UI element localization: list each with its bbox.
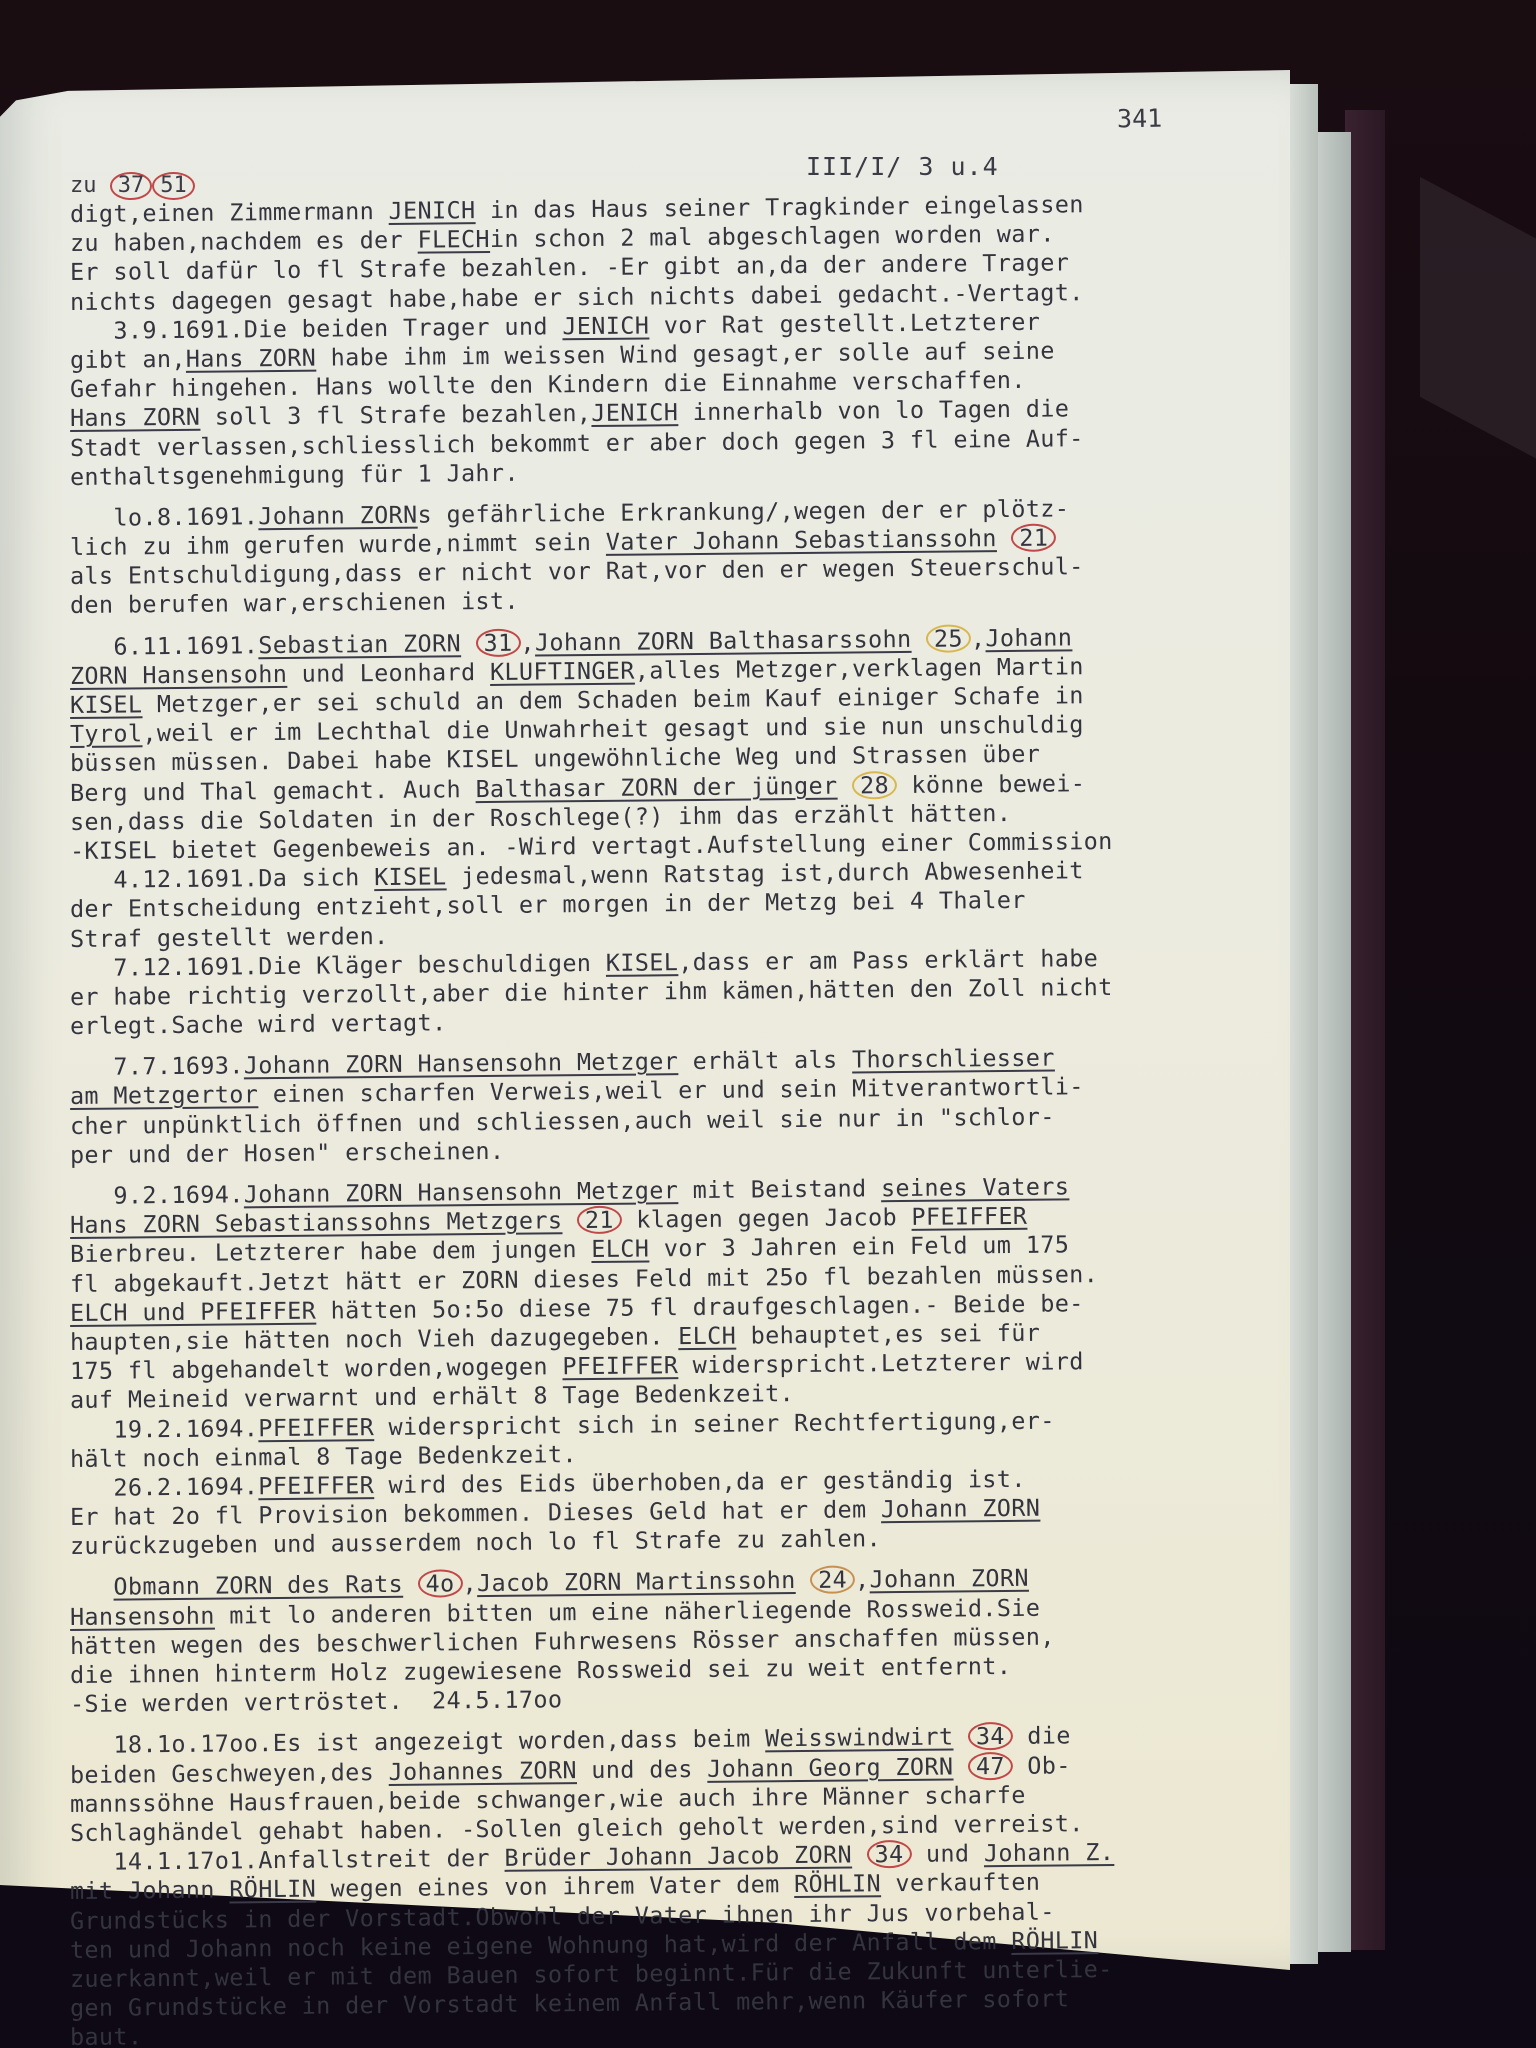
text-segment: erhält als <box>678 1046 852 1076</box>
underlined-name: Hansensohn <box>70 1601 215 1630</box>
text-segment: und <box>911 1839 984 1868</box>
text-segment: enthaltsgenehmigung für 1 Jahr. <box>70 458 519 490</box>
underlined-name: Jacob ZORN Martinssohn <box>477 1566 796 1597</box>
underlined-name: PFEIFFER <box>911 1202 1027 1231</box>
underlined-name: Obmann ZORN des Rats <box>113 1570 403 1601</box>
text-segment: 9.2.1694. <box>70 1180 244 1210</box>
text-segment: behauptet,es sei für <box>736 1319 1040 1350</box>
underlined-name: Johann ZORN Balthasarssohn <box>535 625 912 657</box>
text-segment: 175 fl abgehandelt worden,wogegen <box>70 1352 563 1385</box>
text-segment: per und der Hosen" erscheinen. <box>70 1137 505 1169</box>
text-segment: wegen eines von ihrem Vater dem <box>316 1870 794 1903</box>
circled-annotation: 34 <box>968 1722 1013 1750</box>
text-segment: , <box>462 1570 477 1598</box>
text-segment: -Sie werden vertröstet. 24.5.17oo <box>70 1685 563 1718</box>
underlined-name: Johann Z. <box>984 1838 1115 1867</box>
text-segment: widerspricht.Letzterer wird <box>678 1347 1084 1379</box>
text-segment: gibt an, <box>70 345 186 374</box>
underlined-name: RÖHLIN <box>794 1870 881 1899</box>
underlined-name: Johann ZORN <box>258 501 418 531</box>
underlined-name: KISEL <box>374 863 447 892</box>
underlined-name: ELCH und PFEIFFER <box>70 1296 316 1326</box>
zu-prefix: zu <box>70 173 97 198</box>
text-segment: in das Haus seiner Tragkinder eingelasse… <box>475 190 1084 224</box>
circled-annotation: 34 <box>866 1840 911 1868</box>
text-segment: , <box>971 624 986 652</box>
underlined-name: FLECH <box>417 225 490 254</box>
text-segment: lo.8.1691. <box>70 502 259 532</box>
underlined-name: Vater Johann Sebastianssohn <box>606 524 997 556</box>
text-segment: und des <box>577 1754 708 1783</box>
circled-annotation: 25 <box>926 624 971 652</box>
text-segment: klagen gegen Jacob <box>622 1203 912 1234</box>
text-segment: 26.2.1694. <box>70 1472 259 1502</box>
text-segment: auf Meineid verwarnt und erhält 8 Tage B… <box>70 1379 794 1414</box>
underlined-name: RÖHLIN <box>229 1875 316 1904</box>
text-segment <box>403 1570 418 1598</box>
underlined-name: JENICH <box>388 196 475 225</box>
text-segment <box>562 1206 577 1234</box>
underlined-name: Johann ZORN Hansensohn Metzger <box>244 1176 679 1208</box>
text-segment: vor 3 Jahren ein Feld um 175 <box>649 1231 1069 1263</box>
circled-annotation: 31 <box>475 628 520 656</box>
underlined-name: ELCH <box>591 1235 649 1264</box>
text-segment: 6.11.1691. <box>70 631 259 661</box>
text-segment: 4.12.1691.Da sich <box>70 863 374 894</box>
text-segment: widerspricht sich in seiner Rechtfertigu… <box>374 1406 1055 1441</box>
text-segment: Straf gestellt werden. <box>70 921 389 952</box>
underlined-name: Hans ZORN <box>186 344 317 373</box>
text-segment: soll 3 fl Strafe bezahlen, <box>200 399 591 431</box>
text-segment: Berg und Thal gemacht. Auch <box>70 775 476 807</box>
text-segment: lich zu ihm gerufen wurde,nimmt sein <box>70 528 606 561</box>
underlined-name: RÖHLIN <box>1011 1926 1098 1955</box>
circled-annotation: 4o <box>417 1570 462 1598</box>
text-segment <box>997 524 1012 552</box>
text-segment <box>461 629 476 657</box>
text-segment: digt,einen Zimmermann <box>70 197 389 228</box>
text-segment: Ob- <box>1013 1751 1071 1780</box>
text-segment: , <box>520 628 535 656</box>
underlined-name: Johann ZORN <box>881 1494 1041 1524</box>
text-segment <box>911 624 926 652</box>
text-segment: verkauften <box>881 1868 1041 1898</box>
text-segment: erlegt.Sache wird vertagt. <box>70 1008 447 1040</box>
underlined-name: PFEIFFER <box>258 1471 374 1500</box>
circled-annotation: 47 <box>968 1752 1013 1780</box>
circled-annotation: 24 <box>810 1566 855 1594</box>
underlined-name: KISEL <box>606 948 679 977</box>
underlined-name: Johann <box>985 623 1072 652</box>
background-shadow <box>1420 177 1536 503</box>
text-segment: 14.1.17o1.Anfallstreit der <box>70 1844 505 1876</box>
text-segment: innerhalb von lo Tagen die <box>678 395 1069 427</box>
document-body: digt,einen Zimmermann JENICH in das Haus… <box>70 200 1300 2048</box>
underlined-name: Johann ZORN Hansensohn Metzger <box>244 1047 679 1079</box>
circled-ref: 37 <box>110 172 153 200</box>
text-segment: haupten,sie hätten noch Vieh dazugegeben… <box>70 1322 679 1356</box>
text-segment: ,alles Metzger,verklagen Martin <box>635 652 1084 684</box>
underlined-name: KLUFTINGER <box>490 656 635 685</box>
archive-reference: III/I/ 3 u.4 <box>806 152 999 181</box>
underlined-name: seines Vaters <box>881 1172 1070 1202</box>
page-number: 341 <box>1117 104 1163 134</box>
text-segment: den berufen war,erschienen ist. <box>70 587 519 619</box>
underlined-name: Hans ZORN Sebastianssohns Metzgers <box>70 1206 563 1239</box>
text-segment: baut. <box>70 2023 143 2048</box>
underlined-name: Hans ZORN <box>70 403 201 432</box>
text-segment <box>852 1840 867 1868</box>
text-segment <box>795 1566 810 1594</box>
underlined-name: PFEIFFER <box>562 1351 678 1380</box>
text-segment: 18.1o.17oo.Es ist angezeigt worden,dass … <box>70 1725 765 1760</box>
underlined-name: Brüder Johann Jacob ZORN <box>504 1841 852 1872</box>
underlined-name: ZORN Hansensohn <box>70 660 288 690</box>
text-segment <box>70 1573 114 1601</box>
circled-annotation: 28 <box>852 771 897 799</box>
text-segment: 7.7.1693. <box>70 1052 244 1082</box>
underlined-name: PFEIFFER <box>258 1413 374 1442</box>
stacked-page-edge <box>1315 132 1351 1952</box>
underlined-name: Johann Georg ZORN <box>707 1752 953 1782</box>
text-segment <box>953 1723 968 1751</box>
underlined-name: Tyrol <box>70 719 143 748</box>
underlined-name: KISEL <box>70 690 143 719</box>
text-segment: mit Johann <box>70 1876 230 1906</box>
underlined-name: am Metzgertor <box>70 1081 259 1111</box>
text-segment: in schon 2 mal abgeschlagen worden war. <box>490 220 1055 253</box>
underlined-name: ELCH <box>678 1322 736 1351</box>
underlined-name: Sebastian ZORN <box>258 629 461 659</box>
underlined-name: Johannes ZORN <box>388 1756 577 1786</box>
underlined-name: Balthasar ZORN der jünger <box>475 771 837 802</box>
text-segment: die <box>1013 1722 1071 1751</box>
underlined-name: Thorschliesser <box>852 1044 1055 1074</box>
text-segment: beiden Geschweyen,des <box>70 1758 389 1789</box>
underlined-name: JENICH <box>591 398 678 427</box>
circled-annotation: 21 <box>1011 524 1056 552</box>
text-segment: mit Beistand <box>678 1174 881 1204</box>
text-segment: könne bewei- <box>897 769 1086 799</box>
cross-reference: zu 3751 <box>70 172 195 200</box>
text-segment: , <box>855 1566 870 1594</box>
underlined-name: Weisswindwirt <box>765 1723 954 1753</box>
underlined-name: Johann ZORN <box>869 1564 1029 1594</box>
text-segment: 7.12.1691.Die Kläger beschuldigen <box>70 949 606 982</box>
text-segment: und Leonhard <box>287 658 490 688</box>
text-segment <box>953 1752 968 1780</box>
text-segment: 3.9.1691.Die beiden Trager und <box>70 312 563 345</box>
text-segment <box>837 771 852 799</box>
text-segment: ,dass er am Pass erklärt habe <box>678 944 1098 976</box>
underlined-name: JENICH <box>562 311 649 340</box>
text-segment: hält noch einmal 8 Tage Bedenkzeit. <box>70 1440 577 1473</box>
binder-cover-edge <box>1345 110 1385 1950</box>
text-segment: vor Rat gestellt.Letzterer <box>649 307 1040 339</box>
circled-annotation: 21 <box>577 1206 622 1234</box>
text-segment: 19.2.1694. <box>70 1414 259 1444</box>
text-segment: Bierbreu. Letzterer habe dem jungen <box>70 1235 592 1268</box>
circled-ref: 51 <box>152 172 195 200</box>
text-segment: zu haben,nachdem es der <box>70 226 418 257</box>
